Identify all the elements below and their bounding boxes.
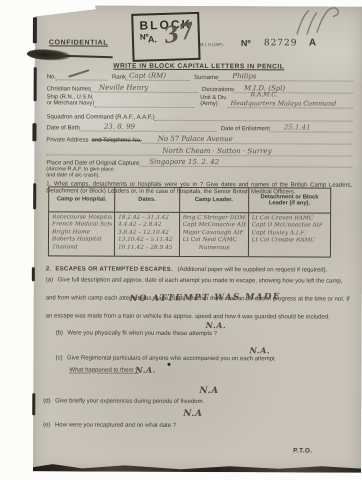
table-col-dates: Dates. 18.2.42 – 31.3.42 4.4.42 – 2.8.42…	[115, 188, 180, 256]
question-b-text: Were you physically fit when you made th…	[67, 330, 217, 337]
question-d: (d) Give briefly your experiences during…	[43, 389, 204, 408]
table-cells-camp: Racecourse Hospital Camp French Medical …	[49, 212, 114, 255]
question-d-text: Give briefly your experiences during per…	[55, 398, 204, 405]
rank-label: Rank	[112, 75, 126, 81]
table-header-leader: Camp Leader.	[180, 188, 248, 213]
question-c: (c) Give Regimental particulars of anyon…	[55, 346, 276, 365]
dob-field: 23. 8. 99	[80, 122, 217, 132]
ship-label: Ship (R.N., U.S.N. or Merchant Navy)	[47, 94, 95, 107]
table-header-dates: Dates.	[115, 188, 179, 213]
torn-top-corner	[24, 0, 95, 17]
serial-no-symbol: Nº	[241, 38, 251, 48]
no-field	[56, 71, 108, 80]
question-e-text: How were you recaptured and on what date…	[55, 422, 176, 429]
decorations-label: Decorations	[202, 87, 234, 93]
table-cell: Lt Col Neal CAMC	[183, 237, 246, 245]
answer-c2: N.A.	[135, 365, 156, 375]
paper-sheet: CONFIDENTIAL BLOCK Nº A. 37 M.I. 9 (JAP)…	[33, 5, 362, 472]
edge-tear-mark	[34, 67, 37, 101]
table-header-block-leader: Detachment or Block Leader (if any).	[249, 188, 330, 213]
table-col-camp: Camp or Hospital. Racecourse Hospital Ca…	[49, 187, 115, 255]
capture-note-line2: and date of a/c crash).	[46, 172, 100, 179]
question-e: (e) How were you recaptured and on what …	[43, 413, 176, 432]
pto-label: P.T.O.	[293, 447, 312, 454]
question-b-label: (b)	[56, 330, 63, 336]
capture-field: Singapore 15. 2. 42	[139, 158, 352, 168]
table-cell: Lt Col Crosbie RAMC	[252, 237, 328, 245]
unit-div-label: Unit & Div. (Army)	[200, 95, 227, 108]
stamp-number-handwritten: 37	[161, 18, 196, 50]
field-row-2: Christian Names Neville Henry Decoration…	[47, 83, 353, 93]
form-ref: M.I. 9 (JAP).	[200, 43, 224, 47]
torn-bottom-edge	[33, 462, 361, 472]
question-a-label: (a)	[46, 277, 53, 283]
unit-value-line2: Headquarters Malaya Command	[231, 99, 337, 107]
answer-e: N.A	[183, 409, 202, 419]
surname-label: Surname	[194, 75, 218, 81]
edge-tear-mark	[32, 267, 35, 281]
no-label: No.	[47, 74, 56, 80]
table-cells-leader: Brig C Stringer DDMS Capt McConachie AIF…	[180, 213, 248, 256]
question-c2-text: What happened to them ?	[69, 367, 138, 375]
answer-a: No attempt was made	[130, 292, 281, 304]
christian-names-field: Neville Henry	[91, 84, 198, 93]
unit-value-line1: R.A.M.C.	[251, 91, 278, 98]
question-e-label: (e)	[43, 422, 50, 428]
question-c-text: Give Regimental particulars of anyone wh…	[67, 355, 276, 362]
smudge-mark	[65, 55, 113, 58]
write-instruction: WRITE IN BLOCK CAPITAL LETTERS IN PENCIL	[35, 62, 362, 70]
serial-number: 82729	[264, 38, 298, 48]
squadron-label: Squadron and Command (R.A.F., A.A.F.)	[47, 114, 155, 120]
surname-field: Philips	[218, 72, 352, 82]
confidential-label: CONFIDENTIAL	[49, 39, 108, 46]
address-field-line1: No 57 Palace Avenue	[142, 135, 353, 145]
telephone-struck-label: and Telephone No.	[91, 138, 141, 144]
ink-dot	[167, 363, 170, 366]
edge-tear-mark	[32, 123, 36, 141]
pencil-stroke	[68, 69, 89, 77]
series-letter: A	[309, 37, 316, 48]
answer-b: N.A.	[206, 320, 227, 330]
table-cell: Numerous	[183, 245, 246, 253]
field-row-5: Date of Birth 23. 8. 99 Date of Enlistme…	[46, 122, 352, 132]
field-row-4: Squadron and Command (R.A.F., A.A.F.)	[47, 111, 353, 121]
table-cell: French Medical School	[52, 222, 112, 230]
ship-field	[94, 98, 194, 107]
table-cell: 13.10.42 – 5.11.42	[118, 237, 177, 245]
table-cell: Roberts Hospital	[52, 237, 112, 245]
christian-names-label: Christian Names	[47, 86, 91, 92]
edge-tear-mark	[32, 393, 35, 415]
question-b: (b) Were you physically fit when you mad…	[56, 321, 218, 340]
dob-label: Date of Birth	[46, 125, 79, 131]
edge-tear-mark	[33, 17, 37, 43]
rank-field: Capt (RM)	[126, 72, 190, 81]
field-row-6: Private Address and Telephone No. No 57 …	[46, 134, 352, 144]
answer-d: N.A	[199, 386, 218, 396]
address-field-line2: North Cheam · Sutton · Surrey	[46, 146, 352, 156]
block-stamp: BLOCK Nº A. 37	[131, 12, 200, 62]
ship-label-line2: or Merchant Navy)	[47, 101, 95, 108]
field-row-6b: North Cheam · Sutton · Surrey	[46, 146, 352, 156]
enlistment-label: Date of Enlistment	[221, 126, 270, 132]
enlistment-field: 25.1.41	[270, 123, 353, 132]
squadron-field	[155, 112, 353, 122]
private-address-label: Private Address	[46, 137, 88, 143]
pencil-scribble	[283, 4, 345, 38]
edge-tear-mark	[33, 183, 36, 209]
table-cell: Capt D McConachie AIF	[252, 223, 328, 231]
question-d-label: (d)	[43, 398, 50, 404]
unit-label-line2: (Army)	[200, 101, 227, 108]
table-col-leader: Camp Leader. Brig C Stringer DDMS Capt M…	[180, 188, 249, 256]
table-cell: Capt McConachie AIF	[183, 222, 246, 230]
field-row-1: No. Rank Capt (RM) Surname Philips	[47, 71, 353, 81]
table-cell: 4.4.42 – 2.8.42	[118, 222, 177, 230]
camps-table: Camp or Hospital. Racecourse Hospital Ca…	[48, 186, 331, 257]
question-c-label: (c)	[55, 355, 62, 361]
table-cell: 10.11.42 – 28.9.45	[118, 244, 177, 252]
table-cells-dates: 18.2.42 – 31.3.42 4.4.42 – 2.8.42 3.8.42…	[115, 213, 179, 256]
table-header-camp: Camp or Hospital.	[49, 187, 114, 212]
answer-c: N.A.	[249, 345, 270, 355]
table-cell: Thailand	[52, 244, 112, 252]
table-cells-block-leader: Lt Col Craven RAMC Capt D McConachie AIF…	[249, 213, 330, 256]
table-col-block-leader: Detachment or Block Leader (if any). Lt …	[249, 188, 331, 256]
